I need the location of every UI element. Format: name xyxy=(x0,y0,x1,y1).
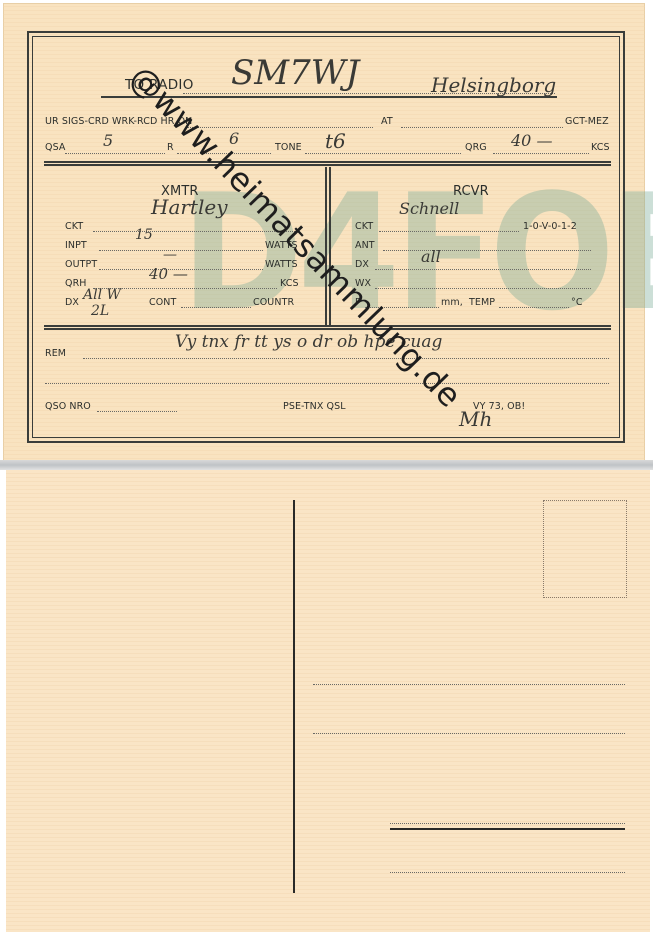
xmtr-qrh-value: 40 — xyxy=(149,265,188,283)
rem-label: REM xyxy=(45,348,66,359)
rem-dotted-2 xyxy=(45,383,609,384)
xmtr-qrh-unit: KCS xyxy=(280,278,299,289)
tone-value: t6 xyxy=(325,129,346,153)
message-address-divider xyxy=(293,500,295,893)
address-line-4 xyxy=(390,872,625,873)
rcvr-mm-label: mm, xyxy=(441,297,463,308)
xmtr-inpt-label: INPT xyxy=(65,240,87,251)
rcvr-ckt-dotted xyxy=(379,231,519,232)
xmtr-dx-value-2: 2L xyxy=(91,303,109,319)
address-line-2 xyxy=(313,733,625,734)
xmtr-ckt-label: CKT xyxy=(65,221,83,232)
rcvr-temp-label: TEMP xyxy=(469,297,495,308)
qso-nro-dotted xyxy=(97,411,177,412)
address-line-1 xyxy=(313,684,625,685)
section-divider-top-b xyxy=(44,164,611,166)
r-label: R xyxy=(167,142,174,153)
stamp-box xyxy=(543,500,627,598)
qsl-card-front: D4FOE TO RADIO SM7WJ Helsingborg UR SIGS… xyxy=(3,3,645,461)
xmtr-ckt-value: Hartley xyxy=(151,195,228,219)
section-divider-bottom-b xyxy=(44,328,611,330)
section-divider-bottom-a xyxy=(44,325,611,327)
xmtr-outpt-label: OUTPT xyxy=(65,259,97,270)
qsa-value: 5 xyxy=(103,131,113,150)
xmtr-countr-label: COUNTR xyxy=(253,297,294,308)
rcvr-ckt-value: Schnell xyxy=(399,199,459,218)
qsl-card-back xyxy=(6,470,650,932)
qsa-dotted xyxy=(65,153,165,154)
rcvr-ant-dotted xyxy=(383,250,591,251)
rem-dotted-1 xyxy=(83,358,609,359)
rcvr-ant-label: ANT xyxy=(355,240,375,251)
rcvr-title: RCVR xyxy=(453,184,489,199)
rcvr-ckt-label: CKT xyxy=(355,221,373,232)
qso-nro-label: QSO NRO xyxy=(45,401,91,412)
xmtr-cont-dotted xyxy=(181,307,251,308)
pse-tnx-qsl-label: PSE-TNX QSL xyxy=(283,401,346,412)
gct-mez-label: GCT-MEZ xyxy=(565,116,609,127)
tone-label: TONE xyxy=(275,142,302,153)
tone-dotted xyxy=(305,153,461,154)
xmtr-dx-label: DX xyxy=(65,297,79,308)
qsa-label: QSA xyxy=(45,142,65,153)
qrg-label: QRG xyxy=(465,142,487,153)
qrg-dotted xyxy=(493,153,589,154)
xmtr-dx-value: All W xyxy=(83,287,121,303)
to-radio-location-handwritten: Helsingborg xyxy=(431,73,556,97)
at-label: AT xyxy=(381,116,393,127)
rcvr-temp-unit: °C xyxy=(571,297,583,308)
kcs-label: KCS xyxy=(591,142,610,153)
qrg-value: 40 — xyxy=(511,131,552,150)
rcvr-ckt-suffix: 1-0-V-0-1-2 xyxy=(523,221,577,232)
signature-handwritten: Mh xyxy=(459,407,492,431)
scan-separator xyxy=(0,460,653,470)
xmtr-cont-label: CONT xyxy=(149,297,176,308)
rcvr-wx-dotted xyxy=(375,288,591,289)
section-divider-top-a xyxy=(44,161,611,163)
xmtr-inpt-value: 15 xyxy=(135,227,153,243)
at-dotted xyxy=(401,127,563,128)
rcvr-dx-dotted xyxy=(375,269,591,270)
rcvr-dx-label: DX xyxy=(355,259,369,270)
address-underline-solid xyxy=(390,828,625,830)
address-line-3 xyxy=(390,823,625,824)
rcvr-dx-value: all xyxy=(421,247,441,266)
xmtr-inpt-dotted xyxy=(99,250,263,251)
xmtr-outpt-value: — xyxy=(163,247,177,263)
to-radio-callsign-handwritten: SM7WJ xyxy=(231,53,359,93)
rcvr-temp-dotted xyxy=(499,307,569,308)
